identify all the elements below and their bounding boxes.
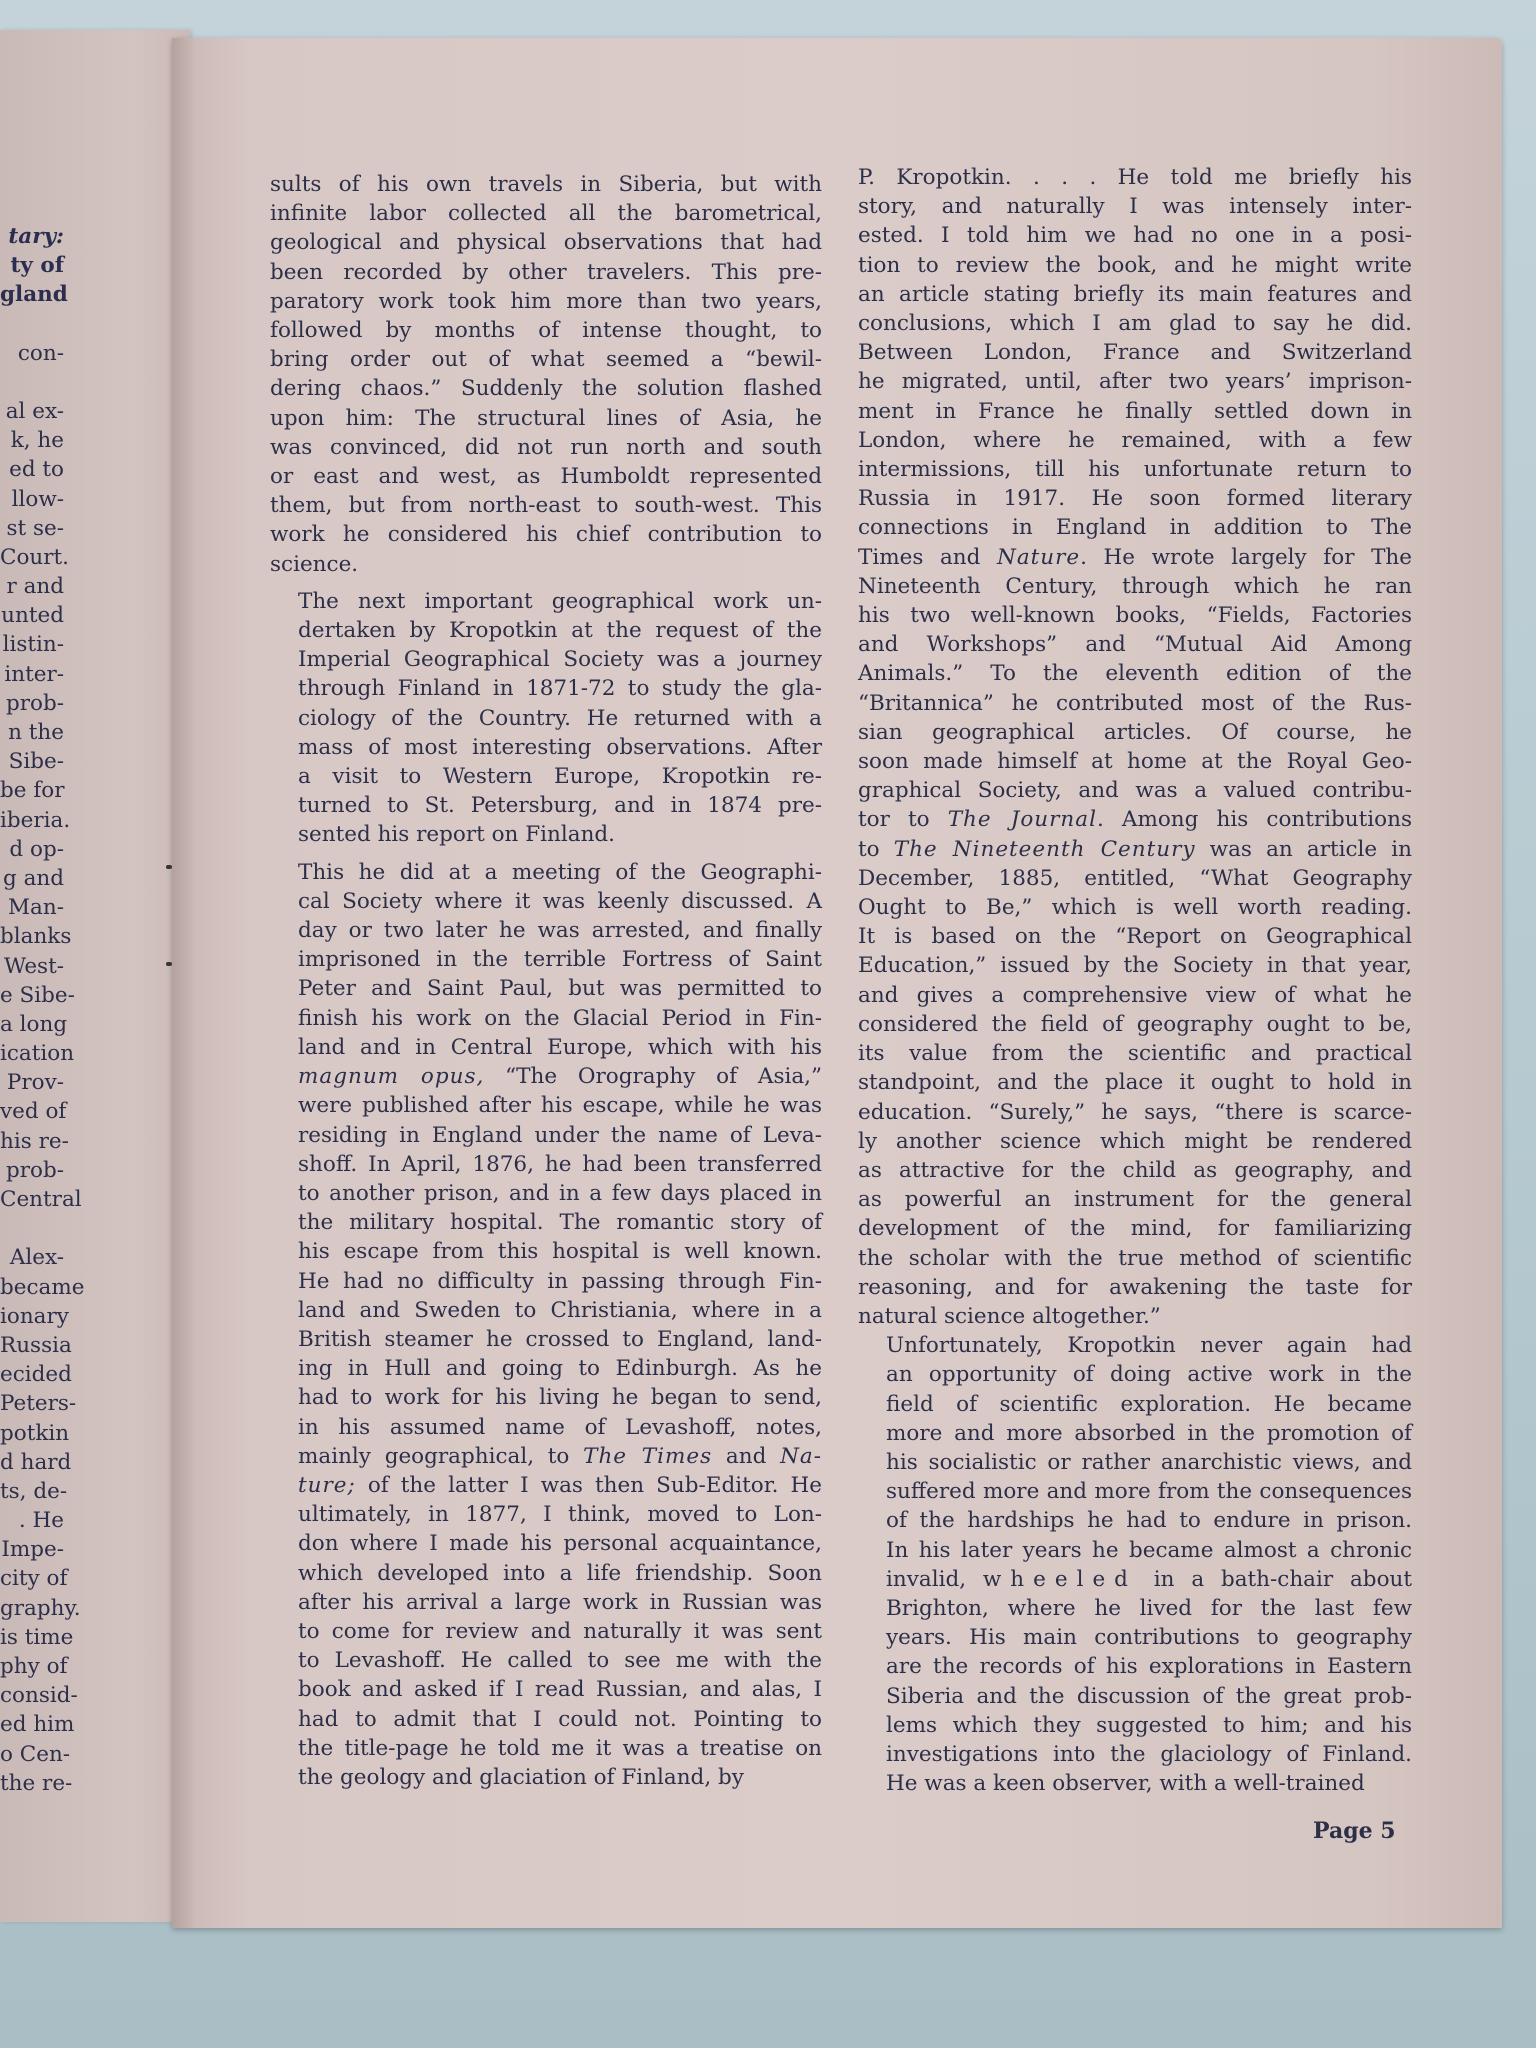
text-line: are the records of his explorations in E… bbox=[858, 1652, 1412, 1681]
text-fragment: r and bbox=[0, 572, 64, 601]
text-line: them, but from north-east to south-west.… bbox=[270, 491, 822, 520]
text-line: turned to St. Petersburg, and in 1874 pr… bbox=[270, 791, 822, 820]
text-line: Animals.” To the eleventh edition of the bbox=[858, 659, 1412, 688]
text-line: paratory work took him more than two yea… bbox=[270, 287, 822, 316]
paragraph: The next important geographical work un-… bbox=[270, 587, 822, 850]
text-line: ested. I told him we had no one in a pos… bbox=[858, 221, 1412, 250]
text-line: British steamer he crossed to England, l… bbox=[270, 1325, 822, 1354]
text-fragment: ved of bbox=[0, 1097, 64, 1126]
text-line: more and more absorbed in the promotion … bbox=[858, 1419, 1412, 1448]
text-fragment: prob- bbox=[0, 1156, 64, 1185]
text-fragment: phy of bbox=[0, 1652, 64, 1681]
text-line: don where I made his personal acquaintan… bbox=[270, 1529, 822, 1558]
text-line: which developed into a life friendship. … bbox=[270, 1559, 822, 1588]
text-fragment: city of bbox=[0, 1564, 64, 1593]
text-line: Nineteenth Century, through which he ran bbox=[858, 572, 1412, 601]
text-line: in his assumed name of Levashoff, notes, bbox=[270, 1413, 822, 1442]
text-line: bring order out of what seemed a “bewil- bbox=[270, 345, 822, 374]
text-line: magnum opus, “The Orography of Asia,” bbox=[270, 1062, 822, 1091]
text-fragment: ed him bbox=[0, 1710, 64, 1739]
left-page-column-fragment: tary: ty of gland con-al ex-k, heed toll… bbox=[0, 222, 64, 1798]
text-line: He was a keen observer, with a well-trai… bbox=[858, 1769, 1412, 1798]
text-fragment: o Cen- bbox=[0, 1740, 64, 1769]
page-number: Page 5 bbox=[1313, 1818, 1396, 1844]
text-fragment: Russia bbox=[0, 1331, 64, 1360]
text-fragment: d hard bbox=[0, 1448, 64, 1477]
text-fragment bbox=[0, 368, 64, 397]
text-line: science. bbox=[270, 550, 822, 579]
text-line: ultimately, in 1877, I think, moved to L… bbox=[270, 1500, 822, 1529]
text-line: work he considered his chief contributio… bbox=[270, 520, 822, 549]
text-line: conclusions, which I am glad to say he d… bbox=[858, 309, 1412, 338]
text-line: to Levashoff. He called to see me with t… bbox=[270, 1646, 822, 1675]
text-line: The next important geographical work un- bbox=[270, 587, 822, 616]
text-line: Imperial Geographical Society was a jour… bbox=[270, 645, 822, 674]
text-fragment: listin- bbox=[0, 630, 64, 659]
paragraph: Unfortunately, Kropotkin never again had… bbox=[858, 1331, 1412, 1798]
text-line: land and in Central Europe, which with h… bbox=[270, 1033, 822, 1062]
text-line: ment in France he finally settled down i… bbox=[858, 397, 1412, 426]
article-column-middle: sults of his own travels in Siberia, but… bbox=[270, 170, 822, 1800]
text-line: imprisoned in the terrible Fortress of S… bbox=[270, 945, 822, 974]
text-line: he migrated, until, after two years’ imp… bbox=[858, 367, 1412, 396]
text-fragment: Central bbox=[0, 1185, 64, 1214]
text-line: standpoint, and the place it ought to ho… bbox=[858, 1068, 1412, 1097]
text-line: Russia in 1917. He soon formed literary bbox=[858, 484, 1412, 513]
text-line: suffered more and more from the conseque… bbox=[858, 1477, 1412, 1506]
text-line: Between London, France and Switzerland bbox=[858, 338, 1412, 367]
text-line: residing in England under the name of Le… bbox=[270, 1121, 822, 1150]
text-line: an opportunity of doing active work in t… bbox=[858, 1360, 1412, 1389]
text-line: or east and west, as Humboldt represente… bbox=[270, 462, 822, 491]
text-line: mainly geographical, to The Times and Na… bbox=[270, 1442, 822, 1471]
text-line: mass of most interesting observations. A… bbox=[270, 733, 822, 762]
text-fragment: con- bbox=[0, 339, 64, 368]
text-line: Siberia and the discussion of the great … bbox=[858, 1682, 1412, 1711]
text-line: soon made himself at home at the Royal G… bbox=[858, 747, 1412, 776]
text-line: considered the field of geography ought … bbox=[858, 1010, 1412, 1039]
text-line: sults of his own travels in Siberia, but… bbox=[270, 170, 822, 199]
text-line: finish his work on the Glacial Period in… bbox=[270, 1004, 822, 1033]
text-line: intermissions, till his unfortunate retu… bbox=[858, 455, 1412, 484]
text-line: and Workshops” and “Mutual Aid Among bbox=[858, 630, 1412, 659]
text-line: as attractive for the child as geography… bbox=[858, 1156, 1412, 1185]
text-fragment: Peters- bbox=[0, 1389, 64, 1418]
text-line: ly another science which might be render… bbox=[858, 1127, 1412, 1156]
text-line: been recorded by other travelers. This p… bbox=[270, 258, 822, 287]
text-line: shoff. In April, 1876, he had been trans… bbox=[270, 1150, 822, 1179]
paragraph: sults of his own travels in Siberia, but… bbox=[270, 170, 822, 579]
text-line: the geology and glaciation of Finland, b… bbox=[270, 1763, 822, 1792]
text-fragment: Alex- bbox=[0, 1243, 64, 1272]
text-line: graphical Society, and was a valued cont… bbox=[858, 776, 1412, 805]
text-fragment: unted bbox=[0, 601, 64, 630]
text-line: and gives a comprehensive view of what h… bbox=[858, 981, 1412, 1010]
text-fragment: d op- bbox=[0, 835, 64, 864]
text-line: of the hardships he had to endure in pri… bbox=[858, 1506, 1412, 1535]
text-line: ciology of the Country. He returned with… bbox=[270, 704, 822, 733]
text-line: the scholar with the true method of scie… bbox=[858, 1244, 1412, 1273]
text-fragment: Sibe- bbox=[0, 747, 64, 776]
text-line: Unfortunately, Kropotkin never again had bbox=[858, 1331, 1412, 1360]
text-fragment: became bbox=[0, 1273, 64, 1302]
text-line: investigations into the glaciology of Fi… bbox=[858, 1740, 1412, 1769]
text-line: upon him: The structural lines of Asia, … bbox=[270, 404, 822, 433]
text-fragment: Man- bbox=[0, 893, 64, 922]
text-line: “Britannica” he contributed most of the … bbox=[858, 689, 1412, 718]
text-line: reasoning, and for awakening the taste f… bbox=[858, 1273, 1412, 1302]
text-line: field of scientific exploration. He beca… bbox=[858, 1390, 1412, 1419]
text-line: day or two later he was arrested, and fi… bbox=[270, 916, 822, 945]
text-line: book and asked if I read Russian, and al… bbox=[270, 1675, 822, 1704]
text-line: tion to review the book, and he might wr… bbox=[858, 251, 1412, 280]
text-line: invalid, wheeled in a bath-chair about bbox=[858, 1565, 1412, 1594]
text-line: an article stating briefly its main feat… bbox=[858, 280, 1412, 309]
paragraph: P. Kropotkin. . . . He told me briefly h… bbox=[858, 163, 1412, 1331]
text-fragment: iberia. bbox=[0, 806, 64, 835]
text-fragment: West- bbox=[0, 952, 64, 981]
text-fragment: the re- bbox=[0, 1769, 64, 1798]
text-line: to The Nineteenth Century was an article… bbox=[858, 835, 1412, 864]
text-fragment: st se- bbox=[0, 514, 64, 543]
text-line: dering chaos.” Suddenly the solution fla… bbox=[270, 374, 822, 403]
text-fragment: his re- bbox=[0, 1127, 64, 1156]
text-line: his socialistic or rather anarchistic vi… bbox=[858, 1448, 1412, 1477]
text-fragment: ed to bbox=[0, 455, 64, 484]
text-fragment: is time bbox=[0, 1623, 64, 1652]
text-line: cal Society where it was keenly discusse… bbox=[270, 887, 822, 916]
text-fragment: prob- bbox=[0, 689, 64, 718]
heading-fragment: gland bbox=[0, 280, 64, 309]
text-fragment: Impe- bbox=[0, 1535, 64, 1564]
text-line: lems which they suggested to him; and hi… bbox=[858, 1711, 1412, 1740]
text-line: In his later years he became almost a ch… bbox=[858, 1536, 1412, 1565]
text-line: to another prison, and in a few days pla… bbox=[270, 1179, 822, 1208]
text-line: December, 1885, entitled, “What Geograph… bbox=[858, 864, 1412, 893]
text-line: the military hospital. The romantic stor… bbox=[270, 1208, 822, 1237]
text-line: London, where he remained, with a few bbox=[858, 426, 1412, 455]
text-line: This he did at a meeting of the Geograph… bbox=[270, 858, 822, 887]
text-line: his two well-known books, “Fields, Facto… bbox=[858, 601, 1412, 630]
text-line: were published after his escape, while h… bbox=[270, 1091, 822, 1120]
text-fragment: Prov- bbox=[0, 1068, 64, 1097]
article-column-right: P. Kropotkin. . . . He told me briefly h… bbox=[858, 163, 1412, 1806]
text-line: land and Sweden to Christiania, where in… bbox=[270, 1296, 822, 1325]
text-fragment: graphy. bbox=[0, 1594, 64, 1623]
text-line: tor to The Journal. Among his contributi… bbox=[858, 805, 1412, 834]
text-fragment: . He bbox=[0, 1506, 64, 1535]
text-line: his escape from this hospital is well kn… bbox=[270, 1237, 822, 1266]
text-fragment: ecided bbox=[0, 1360, 64, 1389]
text-fragment: llow- bbox=[0, 485, 64, 514]
text-line: Education,” issued by the Society in tha… bbox=[858, 951, 1412, 980]
text-fragment: a long bbox=[0, 1010, 64, 1039]
text-line: to come for review and naturally it was … bbox=[270, 1617, 822, 1646]
text-line: Brighton, where he lived for the last fe… bbox=[858, 1594, 1412, 1623]
text-line: He had no difficulty in passing through … bbox=[270, 1267, 822, 1296]
left-text-lines: con-al ex-k, heed tollow-st se-Court.r a… bbox=[0, 339, 64, 1798]
text-fragment: g and bbox=[0, 864, 64, 893]
text-line: natural science altogether.” bbox=[858, 1302, 1412, 1331]
heading-fragment: ty of bbox=[0, 251, 64, 280]
staple-icon bbox=[166, 865, 172, 869]
text-line: a visit to Western Europe, Kropotkin re- bbox=[270, 762, 822, 791]
text-fragment: n the bbox=[0, 718, 64, 747]
text-line: the title-page he told me it was a treat… bbox=[270, 1734, 822, 1763]
text-line: had to work for his living he began to s… bbox=[270, 1383, 822, 1412]
text-line: Ought to Be,” which is well worth readin… bbox=[858, 893, 1412, 922]
spine-shadow bbox=[172, 38, 196, 1928]
text-line: as powerful an instrument for the genera… bbox=[858, 1185, 1412, 1214]
text-line: ing in Hull and going to Edinburgh. As h… bbox=[270, 1354, 822, 1383]
text-line: Peter and Saint Paul, but was permitted … bbox=[270, 974, 822, 1003]
text-fragment: e Sibe- bbox=[0, 981, 64, 1010]
text-fragment bbox=[0, 1214, 64, 1243]
text-fragment: k, he bbox=[0, 426, 64, 455]
text-fragment: blanks bbox=[0, 922, 64, 951]
text-line: infinite labor collected all the baromet… bbox=[270, 199, 822, 228]
text-line: after his arrival a large work in Russia… bbox=[270, 1588, 822, 1617]
text-line: dertaken by Kropotkin at the request of … bbox=[270, 616, 822, 645]
text-line: through Finland in 1871-72 to study the … bbox=[270, 674, 822, 703]
text-fragment: Court. bbox=[0, 543, 64, 572]
text-line: was convinced, did not run north and sou… bbox=[270, 433, 822, 462]
text-fragment: al ex- bbox=[0, 397, 64, 426]
text-line: education. “Surely,” he says, “there is … bbox=[858, 1098, 1412, 1127]
text-line: followed by months of intense thought, t… bbox=[270, 316, 822, 345]
text-line: development of the mind, for familiarizi… bbox=[858, 1214, 1412, 1243]
text-line: years. His main contributions to geograp… bbox=[858, 1623, 1412, 1652]
text-fragment: ication bbox=[0, 1039, 64, 1068]
text-line: story, and naturally I was intensely int… bbox=[858, 192, 1412, 221]
text-line: geological and physical observations tha… bbox=[270, 228, 822, 257]
text-line: P. Kropotkin. . . . He told me briefly h… bbox=[858, 163, 1412, 192]
text-line: had to admit that I could not. Pointing … bbox=[270, 1705, 822, 1734]
paragraph: This he did at a meeting of the Geograph… bbox=[270, 858, 822, 1793]
text-fragment: ts, de- bbox=[0, 1477, 64, 1506]
text-line: its value from the scientific and practi… bbox=[858, 1039, 1412, 1068]
text-fragment: potkin bbox=[0, 1419, 64, 1448]
staple-icon bbox=[166, 962, 172, 966]
heading-fragment: tary: bbox=[0, 222, 64, 251]
text-fragment: consid- bbox=[0, 1681, 64, 1710]
text-fragment: inter- bbox=[0, 660, 64, 689]
text-line: sented his report on Finland. bbox=[270, 820, 822, 849]
text-line: sian geographical articles. Of course, h… bbox=[858, 718, 1412, 747]
text-line: It is based on the “Report on Geographic… bbox=[858, 922, 1412, 951]
text-fragment: ionary bbox=[0, 1302, 64, 1331]
text-line: ture; of the latter I was then Sub-Edito… bbox=[270, 1471, 822, 1500]
text-fragment: be for bbox=[0, 776, 64, 805]
text-line: connections in England in addition to Th… bbox=[858, 513, 1412, 542]
text-line: Times and Nature. He wrote largely for T… bbox=[858, 543, 1412, 572]
